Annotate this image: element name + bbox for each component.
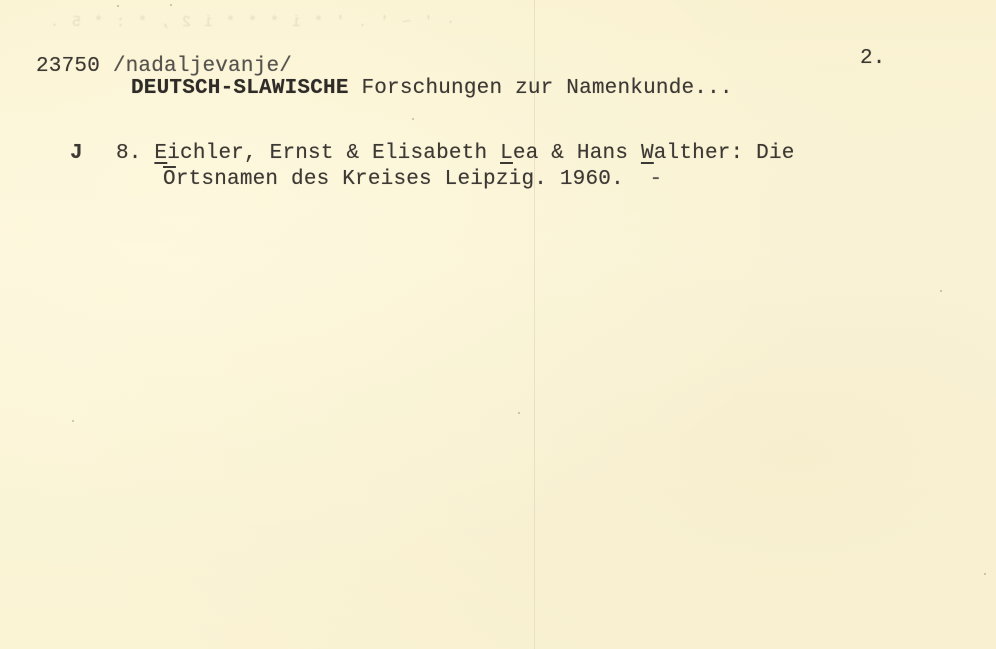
paper-speck — [117, 5, 119, 7]
paper-speck — [518, 412, 520, 414]
trailing-mark: - — [650, 168, 663, 191]
class-mark: J — [70, 142, 83, 166]
series-title-caps: DEUTSCH-SLAWISCHE — [131, 77, 349, 100]
page-number: 2. — [860, 47, 886, 71]
catalog-card: · ' ~ ' . ' * i * * * i 2 , * : * 5 . 23… — [0, 0, 996, 649]
author-initial-e: E — [154, 142, 167, 165]
paper-speck — [72, 420, 74, 422]
paper-speck — [170, 4, 172, 6]
author-text-2: ea & Hans — [513, 142, 641, 165]
author-initial-w: W — [641, 142, 654, 165]
entry-author-line: 8. Eichler, Ernst & Elisabeth Lea & Hans… — [116, 142, 795, 166]
series-title: DEUTSCH-SLAWISCHE Forschungen zur Namenk… — [131, 77, 733, 101]
entry-number: 8. — [116, 142, 142, 165]
call-number: 23750 — [36, 55, 100, 78]
author-text-3: alther: Die — [654, 142, 795, 165]
show-through-text: · ' ~ ' . ' * i * * * i 2 , * : * 5 . — [48, 14, 455, 31]
title-text: rtsnamen des Kreises Leipzig. 1960. — [176, 168, 624, 191]
entry-title-line: Ortsnamen des Kreises Leipzig. 1960. - — [163, 168, 662, 192]
series-note: /nadaljevanje/ — [113, 55, 292, 78]
author-initial-l: L — [500, 142, 513, 165]
paper-speck — [412, 118, 414, 120]
paper-speck — [984, 573, 986, 575]
call-number-line: 23750 /nadaljevanje/ — [36, 55, 292, 79]
author-text-1: ichler, Ernst & Elisabeth — [167, 142, 500, 165]
paper-speck — [940, 290, 942, 292]
series-title-rest: Forschungen zur Namenkunde... — [349, 77, 733, 100]
title-initial-o: O — [163, 168, 176, 191]
